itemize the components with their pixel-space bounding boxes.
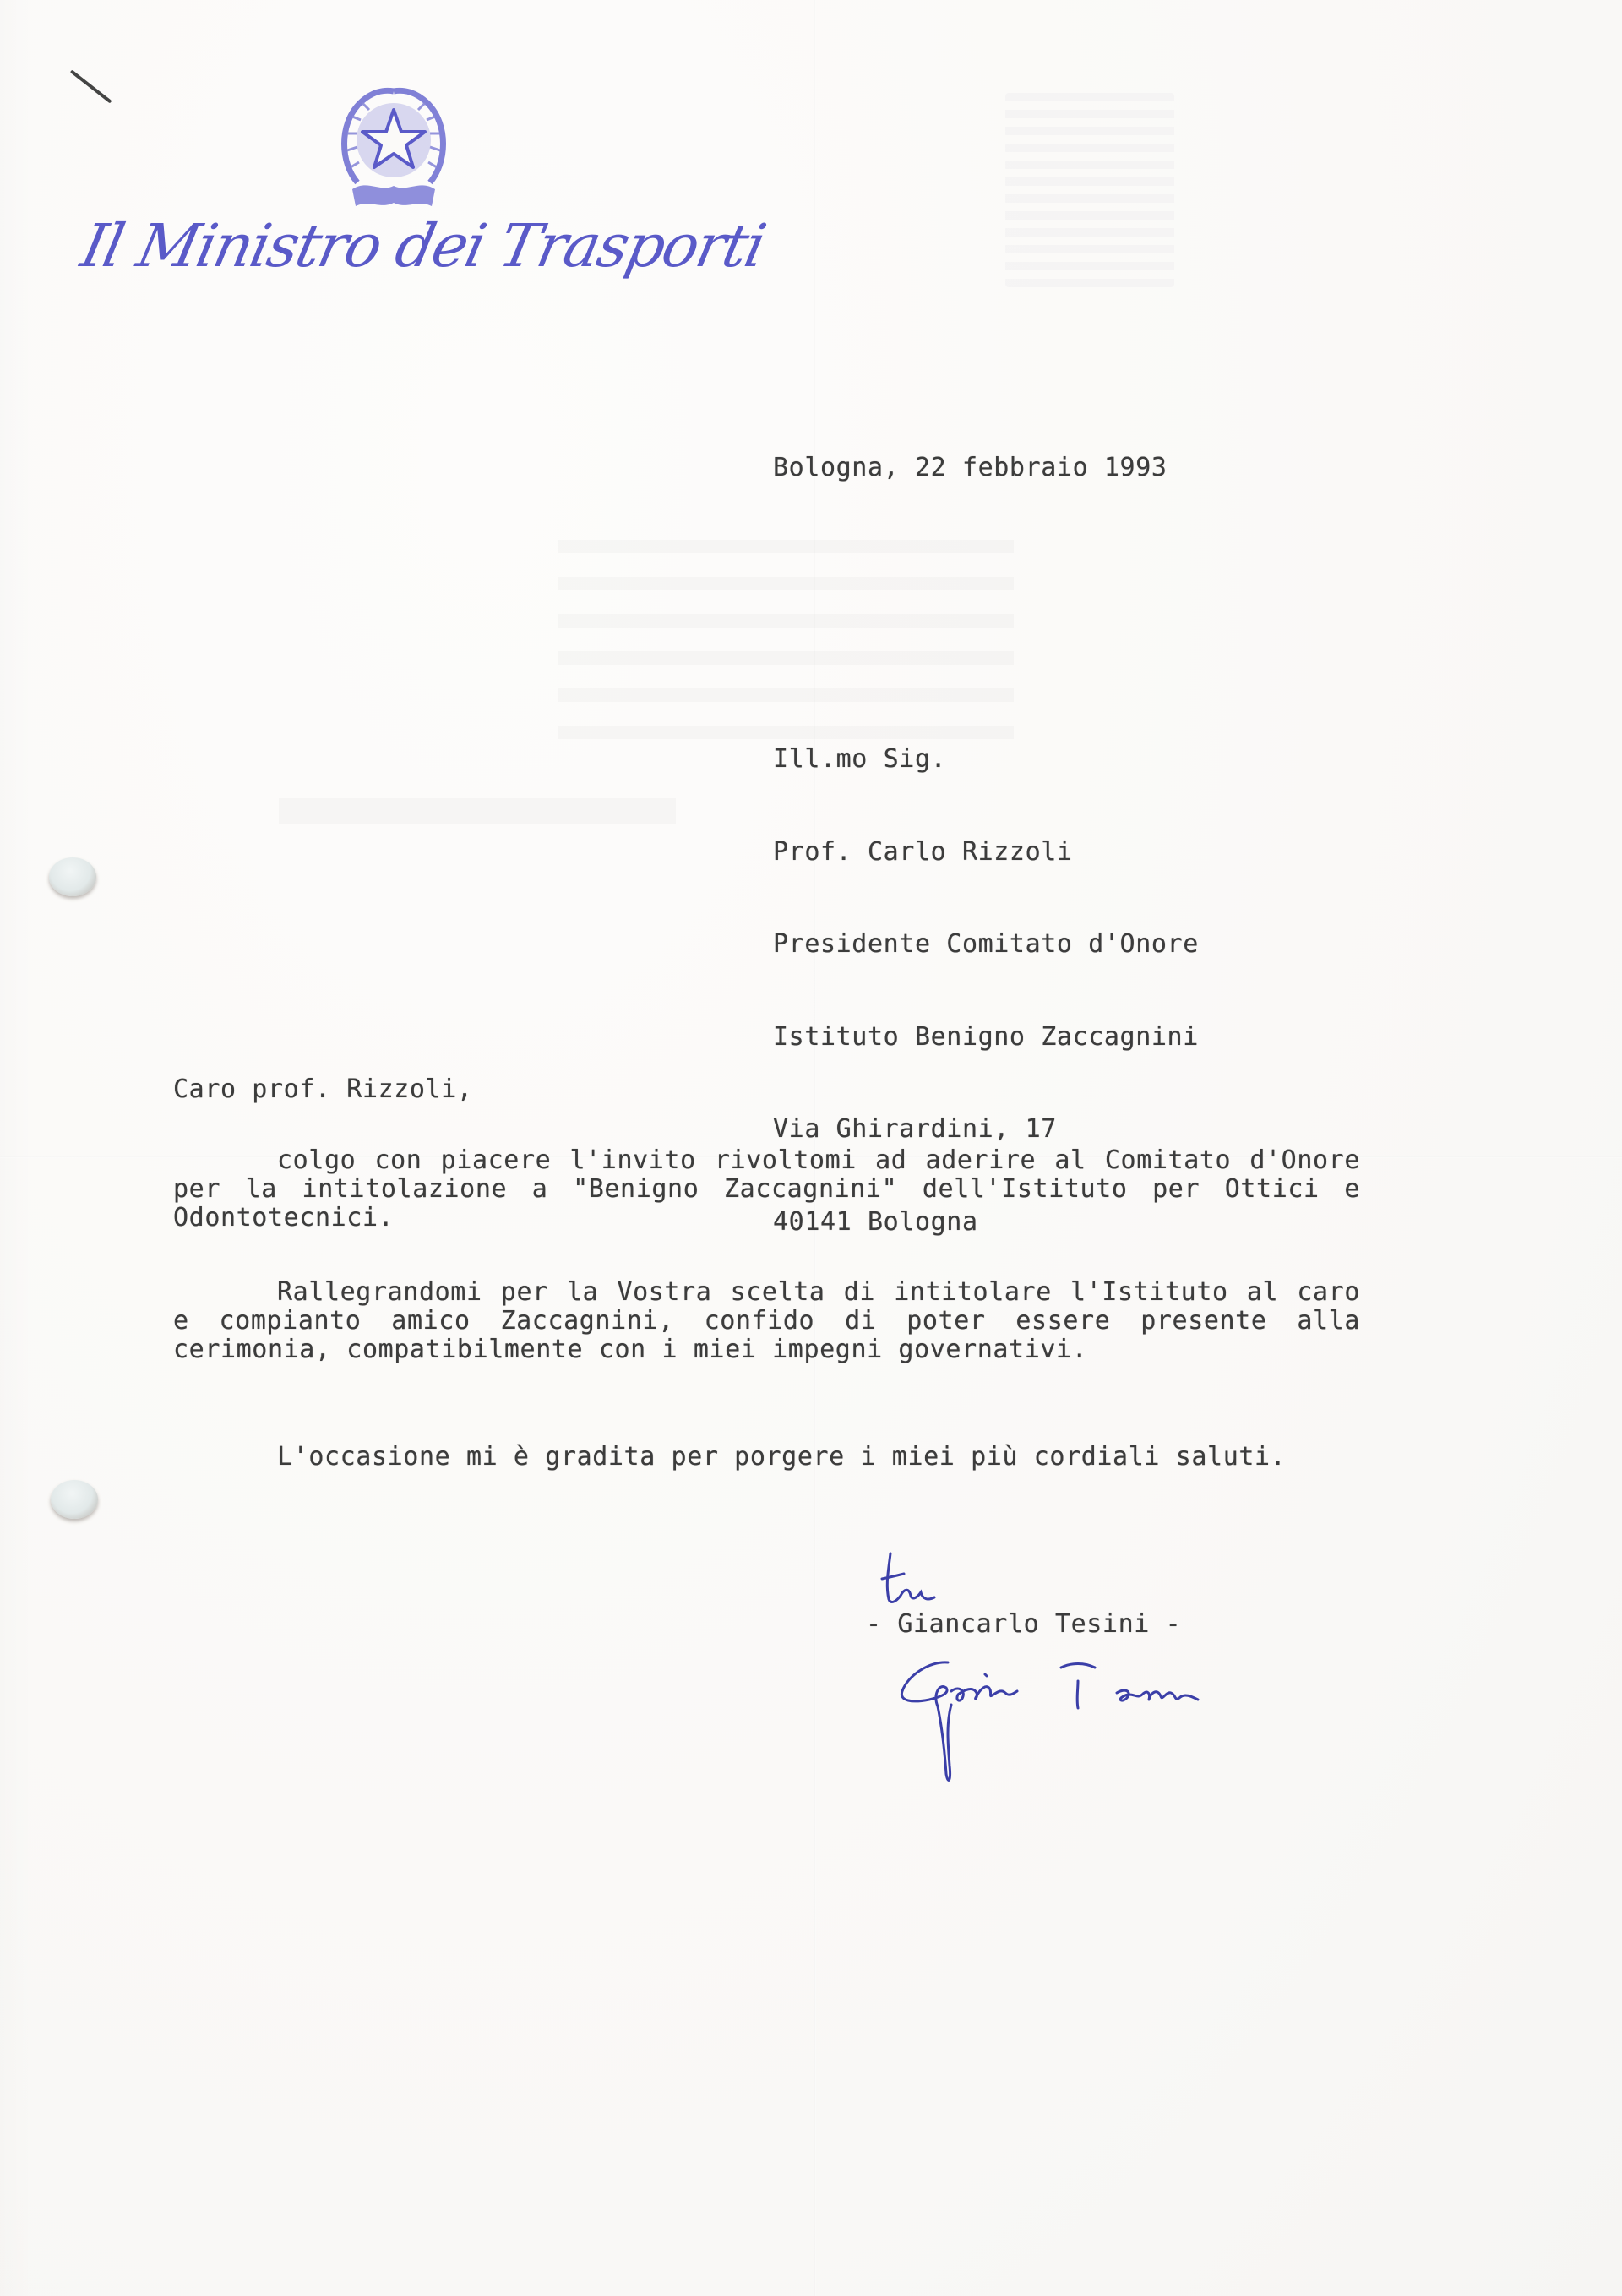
show-through-stamp (1005, 93, 1174, 287)
salutation: Caro prof. Rizzoli, (173, 1075, 473, 1106)
date-line: Bologna, 22 febbraio 1993 (773, 453, 1168, 484)
signer-name: - Giancarlo Tesini - (866, 1609, 1181, 1640)
letterhead-title: Il Ministro dei Trasporti (75, 211, 770, 280)
recipient-line-title: Ill.mo Sig. (773, 744, 1199, 775)
punch-hole-upper (49, 857, 96, 896)
recipient-line-role: Presidente Comitato d'Onore (773, 929, 1199, 960)
punch-hole-lower (51, 1480, 98, 1519)
body-paragraph: L'occasione mi è gradita per porgere i m… (173, 1443, 1360, 1472)
body-paragraph: colgo con piacere l'invito rivoltomi ad … (173, 1146, 1360, 1232)
handwritten-tuo-icon (875, 1550, 960, 1609)
show-through-line (279, 798, 676, 824)
handwritten-signature-icon (895, 1656, 1250, 1791)
body-paragraph: Rallegrandomi per la Vostra scelta di in… (173, 1278, 1360, 1364)
italian-republic-emblem-icon (334, 83, 454, 218)
recipient-line-institution: Istituto Benigno Zaccagnini (773, 1022, 1199, 1053)
recipient-line-street: Via Ghirardini, 17 (773, 1114, 1199, 1145)
recipient-line-name: Prof. Carlo Rizzoli (773, 837, 1199, 868)
